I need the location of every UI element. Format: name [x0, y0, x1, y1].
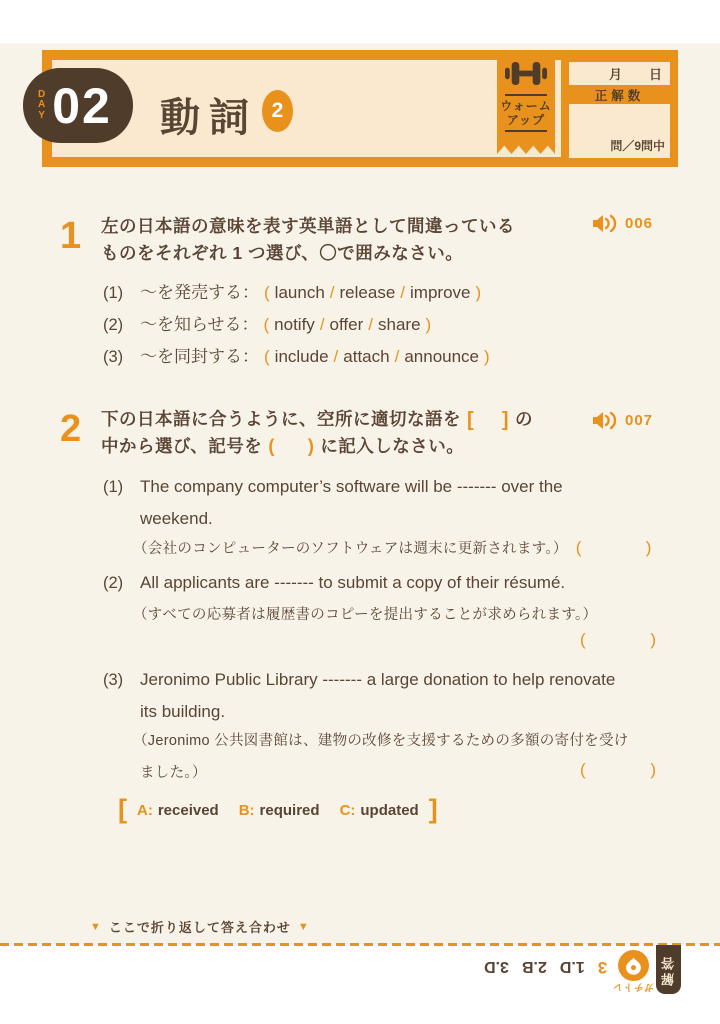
- q2-item-1-translation: （会社のコンピューターのソフトウェアは週末に更新されます。）(): [133, 537, 652, 558]
- ribbon-divider: [505, 130, 547, 132]
- answer-tab-label: 解答: [659, 954, 678, 986]
- item-number: (3): [103, 348, 140, 367]
- upside-down-answers: 3 1.D 2.B 3.D: [484, 957, 607, 977]
- paren: ): [426, 315, 432, 334]
- prompt-line: ものをそれぞれ 1 つ選び、〇で囲みなさい。: [101, 240, 601, 267]
- paren: ): [646, 538, 652, 558]
- fold-label: ここで折り返して答え合わせ: [109, 917, 291, 936]
- q2-item-3-translation-cont: ました。）: [140, 761, 207, 782]
- item-japanese: 〜を同封する：: [140, 347, 259, 366]
- paren: (: [264, 283, 270, 302]
- q2-item-3-sentence: (3)Jeronimo Public Library ------- a lar…: [103, 670, 615, 690]
- slash: /: [334, 347, 339, 366]
- slash: /: [320, 315, 325, 334]
- warmup-label-line2: アップ: [497, 113, 555, 127]
- item-number: (1): [103, 284, 140, 303]
- item-number: (3): [103, 671, 140, 690]
- item-number: (1): [103, 478, 140, 497]
- option-word: offer: [330, 315, 364, 334]
- question-1-number: 1: [60, 215, 81, 258]
- item-japanese: 〜を発売する：: [140, 283, 259, 302]
- option-word: improve: [410, 283, 470, 302]
- dumbbell-icon: [505, 61, 547, 86]
- paren: (: [264, 315, 270, 334]
- month-label: 月: [609, 64, 622, 83]
- audio-track-badge: 007: [593, 411, 653, 430]
- answer-value: 3.D: [484, 957, 509, 975]
- answer-paren: (): [268, 433, 314, 460]
- bracket: [: [467, 407, 474, 434]
- score-fill-in-cell: 問／9問中: [569, 104, 670, 158]
- audio-track-badge: 006: [593, 214, 653, 233]
- slash: /: [395, 347, 400, 366]
- paren: (: [580, 630, 586, 650]
- paren: ): [650, 630, 656, 650]
- bracket: ]: [502, 407, 509, 434]
- option-word: release: [340, 283, 396, 302]
- audio-track-number: 007: [625, 412, 653, 429]
- answer-paren: (): [576, 538, 652, 558]
- day-number: 02: [52, 77, 112, 135]
- option-word: include: [275, 347, 329, 366]
- bracket: [: [118, 794, 127, 825]
- fold-dashed-line: [0, 943, 720, 946]
- prompt-line: 中から選び、記号を()に記入しなさい。: [101, 433, 601, 460]
- q1-item-3: (3)〜を同封する：(include/attach/announce): [103, 342, 495, 367]
- prompt-line: 左の日本語の意味を表す英単語として間違っている: [101, 213, 601, 240]
- q1-item-2: (2)〜を知らせる：(notify/offer/share): [103, 310, 436, 335]
- q2-item-2-sentence: (2)All applicants are ------- to submit …: [103, 573, 565, 593]
- option-word: announce: [404, 347, 479, 366]
- score-total-label: 問／9問中: [610, 137, 665, 154]
- audio-track-number: 006: [625, 215, 653, 232]
- japanese-translation: （すべての応募者は履歴書のコピーを提出することが求められます。）: [133, 607, 597, 623]
- question-1-prompt: 左の日本語の意味を表す英単語として間違っている ものをそれぞれ 1 つ選び、〇で…: [101, 213, 601, 267]
- choice-word: received: [158, 802, 219, 819]
- choice-key: A:: [137, 802, 153, 819]
- answer-paren: (): [580, 760, 656, 780]
- japanese-translation: （Jeronimo 公共図書館は、建物の改修を支援するための多額の寄付を受け: [133, 733, 629, 749]
- option-word: share: [378, 315, 421, 334]
- q2-item-1-sentence-cont: weekend.: [140, 509, 213, 529]
- item-number: (2): [103, 574, 140, 593]
- choice-c: C:updated: [340, 802, 419, 819]
- paren: (: [576, 538, 582, 558]
- paren: (: [268, 433, 275, 460]
- paren: (: [264, 347, 270, 366]
- warmup-label-line1: ウォーム: [497, 99, 555, 113]
- english-sentence: weekend.: [140, 509, 213, 528]
- english-sentence: All applicants are ------- to submit a c…: [140, 573, 565, 592]
- brand-pin-logo: [618, 950, 649, 981]
- triangle-marker: ▼: [90, 921, 102, 933]
- choice-word: required: [260, 802, 320, 819]
- correct-count-label: 正解数: [561, 86, 678, 104]
- title-number-badge: 2: [262, 90, 293, 132]
- q2-item-2-translation: （すべての応募者は履歴書のコピーを提出することが求められます。）: [133, 603, 597, 624]
- item-japanese: 〜を知らせる：: [140, 315, 259, 334]
- answer-tab: 解答: [656, 945, 681, 994]
- choice-key: C:: [340, 802, 356, 819]
- date-fill-in-cell: 月 日: [569, 62, 670, 85]
- slash: /: [330, 283, 335, 302]
- paren: ): [475, 283, 481, 302]
- prompt-line: 下の日本語に合うように、空所に適切な語を[]の: [101, 406, 601, 433]
- triangle-marker: ▼: [298, 921, 310, 933]
- prompt-text: に記入しなさい。: [320, 436, 464, 456]
- english-sentence: its building.: [140, 702, 225, 721]
- day-badge: D A Y 02: [23, 68, 133, 143]
- japanese-translation: （会社のコンピューターのソフトウェアは週末に更新されます。）: [133, 541, 568, 557]
- answer-bracket: []: [467, 407, 509, 434]
- day-letter: Y: [38, 111, 45, 122]
- fold-instruction: ▼ ここで折り返して答え合わせ ▼: [90, 917, 310, 936]
- q2-item-3-translation: （Jeronimo 公共図書館は、建物の改修を支援するための多額の寄付を受け: [133, 729, 629, 750]
- answer-section-number: 3: [598, 957, 607, 977]
- question-2-number: 2: [60, 408, 81, 451]
- answer-paren: (): [580, 630, 656, 650]
- option-word: attach: [343, 347, 389, 366]
- q2-item-3-sentence-cont: its building.: [140, 702, 225, 722]
- choice-word: updated: [360, 802, 418, 819]
- warmup-ribbon: ウォーム アップ: [497, 50, 555, 154]
- q1-item-1: (1)〜を発売する：(launch/release/improve): [103, 278, 486, 303]
- option-word: notify: [274, 315, 315, 334]
- prompt-text: 中から選び、記号を: [101, 436, 262, 456]
- page-title: 動詞: [160, 86, 258, 143]
- english-sentence: Jeronimo Public Library ------- a large …: [140, 670, 615, 689]
- choice-b: B:required: [239, 802, 320, 819]
- paren: ): [650, 760, 656, 780]
- paren: ): [308, 433, 315, 460]
- option-word: launch: [275, 283, 325, 302]
- brand-name: ガチトレ: [612, 981, 654, 995]
- bracket: ]: [429, 794, 438, 825]
- pin-icon: [618, 950, 649, 981]
- ribbon-divider: [505, 94, 547, 96]
- japanese-translation: ました。）: [140, 765, 207, 781]
- english-sentence: The company computer’s software will be …: [140, 477, 563, 496]
- day-letters: D A Y: [38, 90, 45, 122]
- question-2-prompt: 下の日本語に合うように、空所に適切な語を[]の 中から選び、記号を()に記入しな…: [101, 406, 601, 460]
- paren: ): [484, 347, 490, 366]
- workbook-page: ウォーム アップ 月 日 正解数 問／9問中 D A Y 02 動詞 2 1 0…: [0, 0, 720, 1024]
- slash: /: [400, 283, 405, 302]
- q2-item-1-sentence: (1)The company computer’s software will …: [103, 477, 563, 497]
- prompt-text: の: [515, 409, 533, 429]
- day-label: 日: [649, 64, 662, 83]
- prompt-text: 下の日本語に合うように、空所に適切な語を: [101, 409, 461, 429]
- slash: /: [368, 315, 373, 334]
- q2-choices: [ A:received B:required C:updated ]: [118, 795, 438, 826]
- answer-value: 2.B: [522, 957, 547, 975]
- paren: (: [580, 760, 586, 780]
- score-block: 月 日 正解数 問／9問中: [561, 50, 678, 167]
- choice-key: B:: [239, 802, 255, 819]
- choice-a: A:received: [137, 802, 219, 819]
- answer-value: 1.D: [560, 957, 585, 975]
- item-number: (2): [103, 316, 140, 335]
